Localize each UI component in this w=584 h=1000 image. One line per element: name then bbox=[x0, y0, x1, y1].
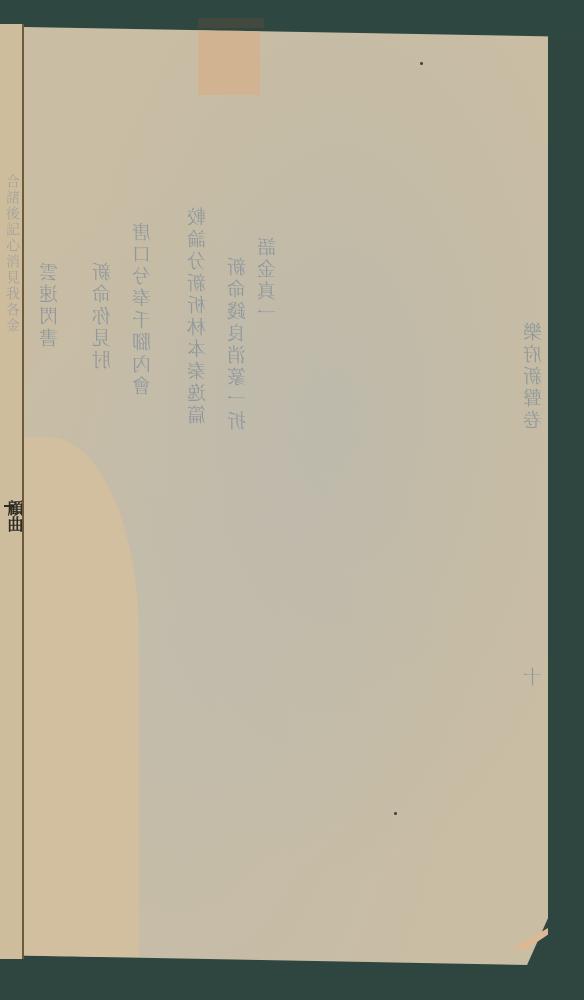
paper-stain bbox=[24, 437, 139, 957]
book-spine bbox=[22, 24, 24, 959]
seal-shadow bbox=[198, 18, 264, 28]
seal-stamp bbox=[198, 27, 260, 95]
text-column-5: 新命你見肘 bbox=[89, 262, 116, 372]
text-column-2: 新命錢良消篆一折 bbox=[224, 257, 251, 433]
paper-speck bbox=[420, 62, 423, 65]
previous-page-text: 合諸後記心消見我各金 bbox=[1, 174, 21, 334]
previous-page-edge: 合諸後記心消見我各金 bbox=[0, 24, 22, 959]
manuscript-page: 樂府新聲卷 十 語金真一 新命錢良消篆一折 較論分新析林本秦逸篇 唐口兮奉千腳內… bbox=[24, 27, 548, 965]
folio-number: 十 bbox=[520, 667, 547, 689]
text-column-4: 唐口兮奉千腳內會 bbox=[129, 222, 156, 398]
text-column-1: 語金真一 bbox=[254, 237, 281, 325]
paper-speck bbox=[394, 812, 397, 815]
text-column-6: 雲速閃書 bbox=[36, 262, 63, 350]
text-column-3: 較論分新析林本秦逸篇 bbox=[184, 207, 211, 427]
text-column-title: 樂府新聲卷 bbox=[520, 322, 547, 432]
